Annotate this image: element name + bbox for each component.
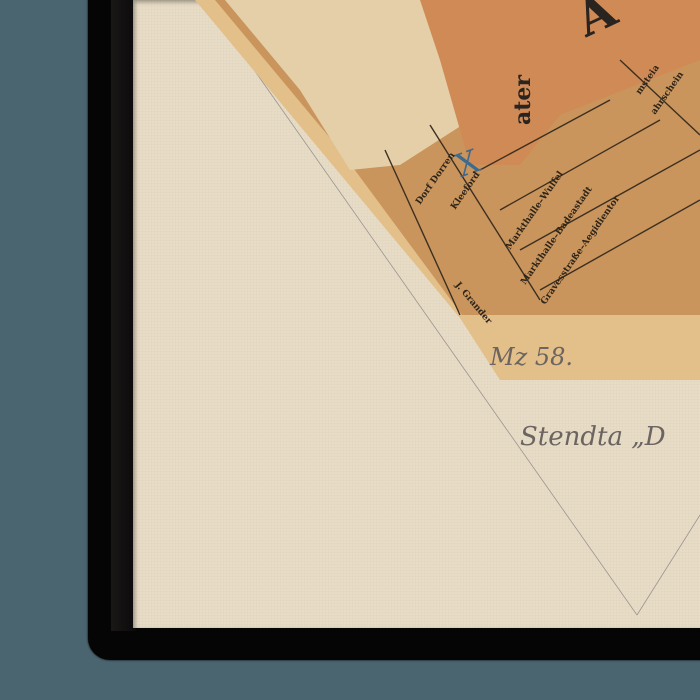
catalog-inscription: Mz 58. xyxy=(489,343,573,371)
title-inscription: Stendta „D xyxy=(520,422,666,452)
ticket-word: ater xyxy=(510,75,536,125)
pencil-line-right xyxy=(637,515,700,615)
collage-artwork: A ater X Dorf Dorren Kleeford Markthalle… xyxy=(0,0,700,700)
